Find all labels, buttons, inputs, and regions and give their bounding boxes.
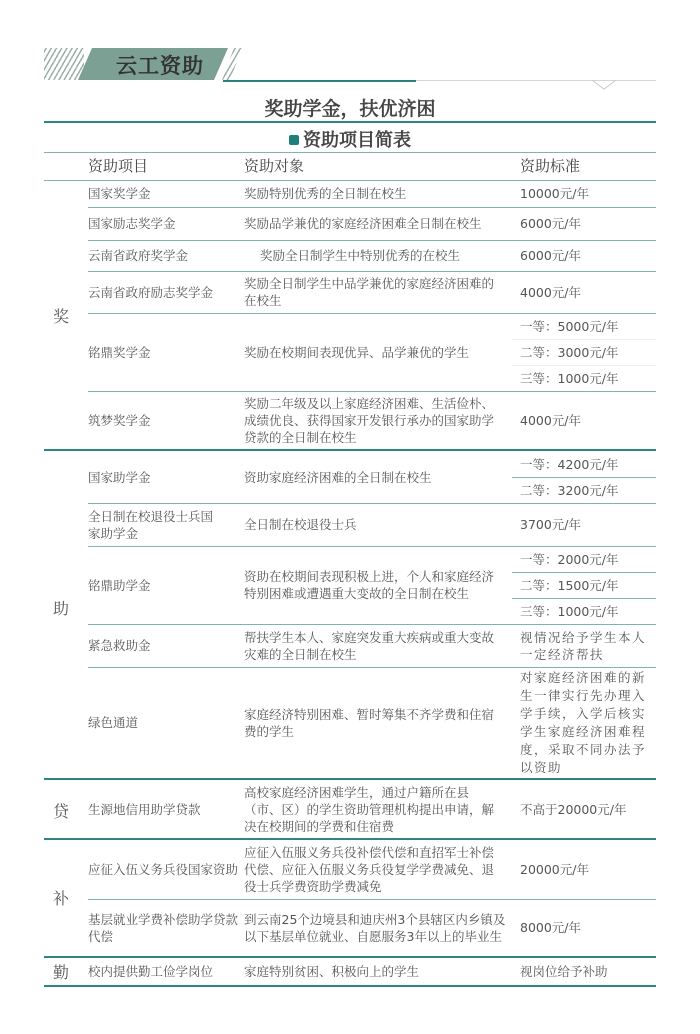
- banner-rule: [416, 80, 656, 81]
- table-row-item: 国家励志奖学金: [88, 207, 238, 240]
- table-row-target: 帮扶学生本人、家庭突发重大疾病或重大变故灾难的全日制在校生: [244, 624, 506, 667]
- table-row-standard-tier: 一等：5000元/年: [520, 313, 656, 339]
- table-row-item: 云南省政府励志奖学金: [88, 271, 238, 313]
- banner-stripes-left: [44, 48, 84, 80]
- table-row-standard-tier: 一等：4200元/年: [520, 451, 656, 477]
- table-row-item: 校内提供勤工俭学岗位: [88, 958, 238, 985]
- notch-icon: [592, 78, 616, 90]
- table-row-item: 紧急救助金: [88, 624, 238, 667]
- table-row-standard: 视岗位给予补助: [520, 958, 656, 985]
- table-row-standard-tier: 三等：1000元/年: [520, 598, 656, 624]
- table-row-standard: 4000元/年: [520, 271, 656, 313]
- banner-title: 云工资助: [116, 50, 204, 80]
- table-row-target: 应征入伍服义务兵役补偿代偿和直招军士补偿代偿、应征入伍服义务兵役复学学费减免、退…: [244, 840, 506, 898]
- table-row-standard: 10000元/年: [520, 180, 656, 207]
- banner-rule-accent: [223, 80, 416, 82]
- table-row-item: 国家助学金: [88, 451, 238, 503]
- table-row-standard-tier: 二等：1500元/年: [520, 572, 656, 598]
- category-label: 奖: [44, 304, 78, 327]
- table-row-target: 奖励在校期间表现优异、品学兼优的学生: [244, 313, 506, 391]
- table-row-target: 家庭经济特别困难、暂时筹集不齐学费和住宿费的学生: [244, 667, 506, 778]
- divider: [44, 121, 656, 123]
- table-row-target: 资助在校期间表现积极上进，个人和家庭经济特别困难或遭遇重大变故的全日制在校生: [244, 546, 506, 624]
- table-row-target: 奖励二年级及以上家庭经济困难、生活俭朴、成绩优良、获得国家开发银行承办的国家助学…: [244, 391, 506, 450]
- table-row-item: 绿色通道: [88, 667, 238, 778]
- category-label: 补: [44, 886, 78, 909]
- column-header-item: 资助项目: [88, 152, 238, 180]
- table-row-standard-tier: 二等：3200元/年: [520, 477, 656, 503]
- table-row-standard: 对家庭经济困难的新生一律实行先办理入学手续，入学后核实学生家庭经济困难程度，采取…: [520, 667, 656, 778]
- table-row-standard: 6000元/年: [520, 240, 656, 271]
- section-divider: [44, 985, 656, 987]
- table-row-standard-tier: 二等：3000元/年: [520, 339, 656, 365]
- table-row-standard: 20000元/年: [520, 840, 656, 898]
- table-title-text: 资助项目简表: [303, 130, 411, 151]
- table-row-standard: 4000元/年: [520, 391, 656, 450]
- category-label: 勤: [44, 960, 78, 983]
- table-row-item: 基层就业学费补偿助学贷款代偿: [88, 899, 238, 956]
- table-row-standard: 6000元/年: [520, 207, 656, 240]
- square-bullet-icon: [289, 135, 299, 145]
- table-row-target: 资助家庭经济困难的全日制在校生: [244, 451, 506, 503]
- section-banner: 云工资助: [44, 48, 234, 80]
- table-row-item: 云南省政府奖学金: [88, 240, 238, 271]
- table-row-standard-tier: 一等：2000元/年: [520, 546, 656, 572]
- table-row-target: 高校家庭经济困难学生，通过户籍所在县（市、区）的学生资助管理机构提出申请，解决在…: [244, 780, 506, 838]
- table-row-target: 家庭特别贫困、积极向上的学生: [244, 958, 506, 985]
- table-row-item: 铭鼎奖学金: [88, 313, 238, 391]
- table-row-item: 国家奖学金: [88, 180, 238, 207]
- table-row-standard-tier: 三等：1000元/年: [520, 365, 656, 391]
- page-subtitle: 奖助学金，扶优济困: [0, 94, 700, 121]
- table-row-target: 奖励特别优秀的全日制在校生: [244, 180, 506, 207]
- table-row-item: 铭鼎助学金: [88, 546, 238, 624]
- column-header-target: 资助对象: [244, 152, 506, 180]
- table-title: 资助项目简表: [0, 126, 700, 152]
- table-row-standard: 不高于20000元/年: [520, 780, 656, 838]
- table-row-target: 到云南25个边境县和迪庆州3个县辖区内乡镇及以下基层单位就业、自愿服务3年以上的…: [244, 899, 506, 956]
- table-row-standard: 视情况给予学生本人一定经济帮扶: [520, 624, 656, 667]
- table-row-item: 全日制在校退役士兵国家助学金: [88, 503, 218, 546]
- table-row-item: 筑梦奖学金: [88, 391, 238, 450]
- category-label: 贷: [44, 799, 78, 822]
- table-row-target: 奖励品学兼优的家庭经济困难全日制在校生: [244, 207, 506, 240]
- table-row-standard: 3700元/年: [520, 503, 656, 546]
- table-row-item: 生源地信用助学贷款: [88, 780, 238, 838]
- category-label: 助: [44, 596, 78, 619]
- table-row-item: 应征入伍义务兵役国家资助: [88, 840, 238, 898]
- table-row-target: 奖励全日制学生中品学兼优的家庭经济困难的在校生: [244, 271, 506, 313]
- table-row-standard: 8000元/年: [520, 899, 656, 956]
- column-header-standard: 资助标准: [520, 152, 656, 180]
- table-row-target: 奖励全日制学生中特别优秀的在校生: [244, 240, 506, 271]
- table-row-target: 全日制在校退役士兵: [244, 503, 506, 546]
